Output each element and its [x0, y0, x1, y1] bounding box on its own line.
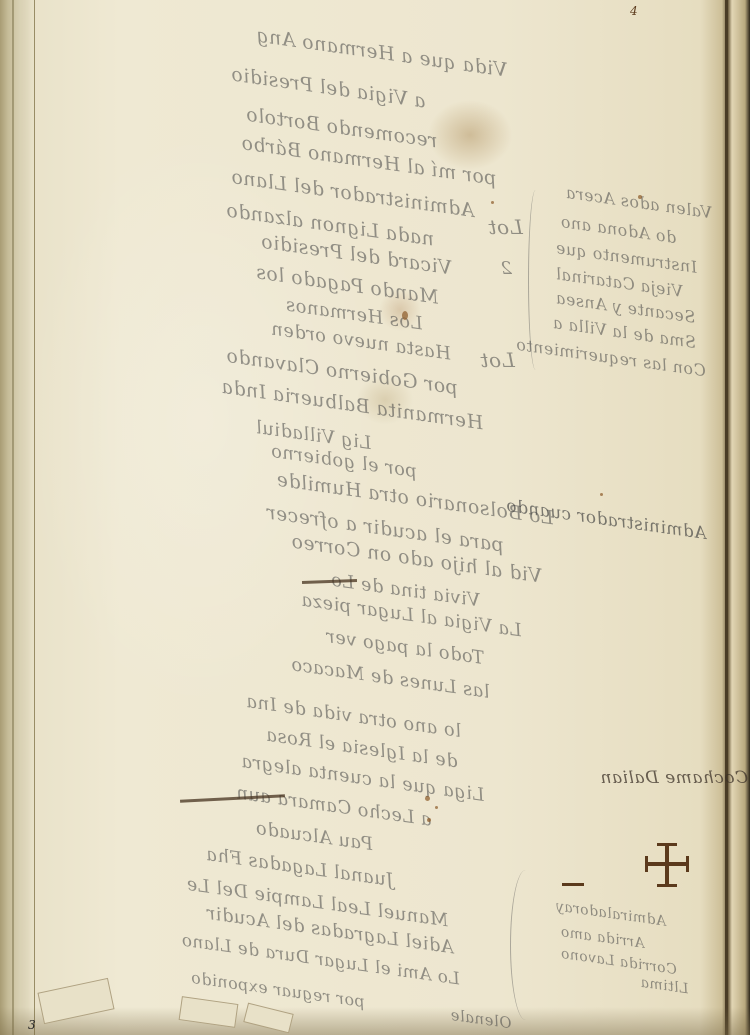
- bottom-edge-shadow: [0, 1007, 750, 1035]
- right-note: Cochame Dalian: [600, 768, 748, 788]
- bottom-note: Corrida Lavono: [559, 946, 677, 978]
- corner-mark: 3: [28, 1018, 36, 1032]
- foxing-spot: [435, 806, 438, 809]
- foxing-spot: [491, 201, 494, 204]
- margin-label: 2: [500, 258, 512, 279]
- book-gutter: [725, 0, 728, 1035]
- margin-label: Lot: [480, 348, 515, 372]
- foxing-spot: [402, 311, 408, 320]
- margin-label: Lot: [488, 215, 523, 239]
- foxing-spot: [638, 195, 642, 199]
- manuscript-page: Vida que a Hermano Ang a Vigia del Presi…: [0, 0, 750, 1035]
- foxing-spot: [600, 493, 603, 496]
- foxing-spot: [427, 818, 431, 822]
- bottom-note: Lltima: [639, 975, 689, 998]
- margin-bracket: [528, 190, 543, 370]
- cross-symbol-icon: [645, 843, 690, 887]
- bleed-line: Pau Alcuado: [254, 818, 374, 855]
- dash-mark: [562, 883, 584, 886]
- binding-line: [12, 0, 14, 1035]
- deckle-left-edge: [0, 0, 35, 1035]
- page-number: 4: [630, 4, 638, 18]
- foxing-spot: [425, 796, 430, 801]
- margin-bracket: [510, 870, 541, 1020]
- right-note: Administrador cuando: [505, 496, 708, 544]
